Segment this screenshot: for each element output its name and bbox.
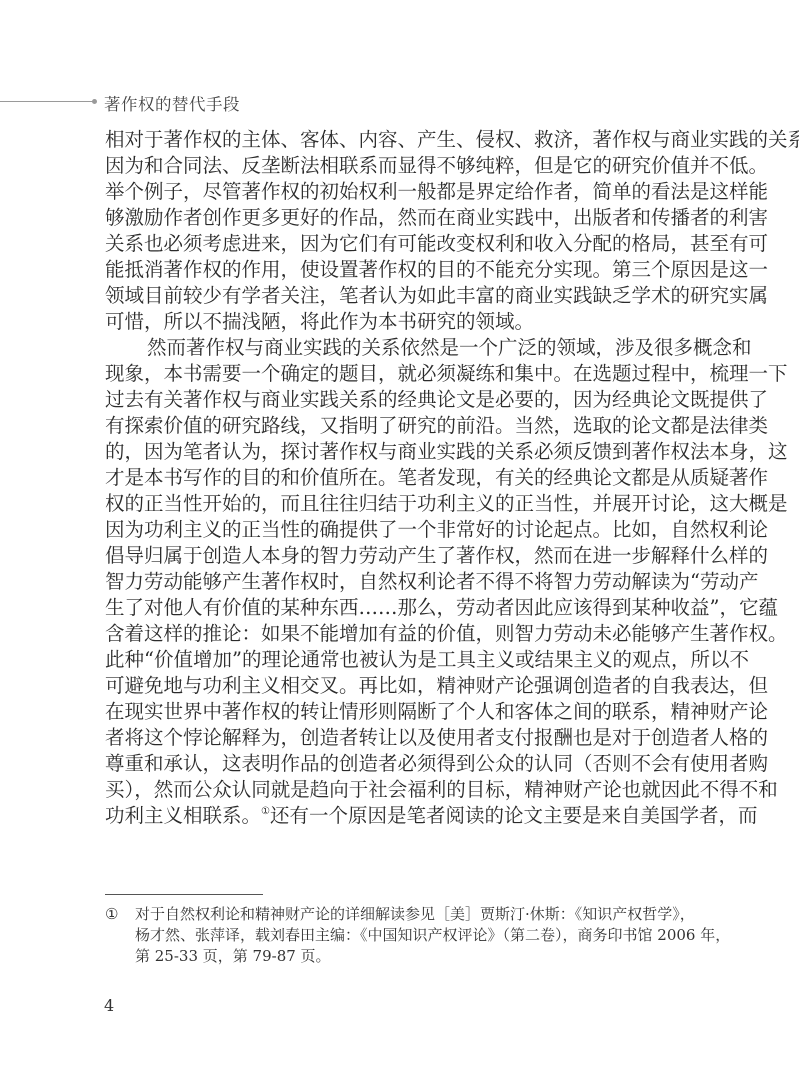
text-line: 含着这样的推论：如果不能增加有益的价值，则智力劳动未必能够产生著作权。 [105,621,677,647]
footnote-item: ① 对于自然权利论和精神财产论的详细解读参见［美］贾斯汀·休斯：《知识产权哲学》… [105,904,677,967]
running-header: 著作权的替代手段 [0,90,400,114]
text-line: 因为和合同法、反垄断法相联系而显得不够纯粹，但是它的研究价值并不低。 [105,153,677,179]
text-line: 领域目前较少有学者关注，笔者认为如此丰富的商业实践缺乏学术的研究实属 [105,283,677,309]
text-line: 者将这个悖论解释为，创造者转让以及使用者支付报酬也是对于创造者人格的 [105,725,677,751]
text-line: 尊重和承认，这表明作品的创造者必须得到公众的认同（否则不会有使用者购 [105,751,677,777]
page-number: 4 [104,996,114,1015]
footnote-line: 对于自然权利论和精神财产论的详细解读参见［美］贾斯汀·休斯：《知识产权哲学》， [135,904,677,925]
text-line: 的，因为笔者认为，探讨著作权与商业实践的关系必须反馈到著作权法本身，这 [105,439,677,465]
footnote-marker: ① [105,904,118,924]
text-line-paragraph-end: 可惜，所以不揣浅陋，将此作为本书研究的领域。 [105,309,677,335]
text-line: 此种“价值增加”的理论通常也被认为是工具主义或结果主义的观点，所以不 [105,647,677,673]
text-line: 智力劳动能够产生著作权时，自然权利论者不得不将智力劳动解读为“劳动产 [105,569,677,595]
text-line-with-footnote-ref: 功利主义相联系。①还有一个原因是笔者阅读的论文主要是来自美国学者，而 [105,803,677,829]
footnote-line: 第 25-33 页，第 79-87 页。 [135,946,677,967]
text-line: 倡导归属于创造人本身的智力劳动产生了著作权，然而在进一步解释什么样的 [105,543,677,569]
text-line: 举个例子，尽管著作权的初始权利一般都是界定给作者，简单的看法是这样能 [105,179,677,205]
body-text: 相对于著作权的主体、客体、内容、产生、侵权、救济，著作权与商业实践的关系 因为和… [105,127,677,829]
text-line: 相对于著作权的主体、客体、内容、产生、侵权、救济，著作权与商业实践的关系 [105,127,677,153]
text-segment: 还有一个原因是笔者阅读的论文主要是来自美国学者，而 [270,804,758,827]
text-line: 够激励作者创作更多更好的作品，然而在商业实践中，出版者和传播者的利害 [105,205,677,231]
text-segment: 功利主义相联系。 [105,804,261,827]
footnote-line: 杨才然、张萍译，载刘春田主编：《中国知识产权评论》（第二卷），商务印书馆 200… [135,925,677,946]
text-line: 过去有关著作权与商业实践关系的经典论文是必要的，因为经典论文既提供了 [105,387,677,413]
footnotes: ① 对于自然权利论和精神财产论的详细解读参见［美］贾斯汀·休斯：《知识产权哲学》… [105,904,677,967]
header-rule [0,101,93,102]
text-line: 权的正当性开始的，而且往往归结于功利主义的正当性，并展开讨论，这大概是 [105,491,677,517]
text-line: 才是本书写作的目的和价值所在。笔者发现，有关的经典论文都是从质疑著作 [105,465,677,491]
text-line: 生了对他人有价值的某种东西……那么，劳动者因此应该得到某种收益”，它蕴 [105,595,677,621]
text-line: 因为功利主义的正当性的确提供了一个非常好的讨论起点。比如，自然权利论 [105,517,677,543]
text-line-paragraph-start: 然而著作权与商业实践的关系依然是一个广泛的领域，涉及很多概念和 [105,335,677,361]
text-line: 关系也必须考虑进来，因为它们有可能改变权利和收入分配的格局，甚至有可 [105,231,677,257]
text-line: 买），然而公众认同就是趋向于社会福利的目标，精神财产论也就因此不得不和 [105,777,677,803]
text-line: 有探索价值的研究路线，又指明了研究的前沿。当然，选取的论文都是法律类 [105,413,677,439]
text-line: 在现实世界中著作权的转让情形则隔断了个人和客体之间的联系，精神财产论 [105,699,677,725]
header-bullet-dot [92,99,97,104]
text-line: 可避免地与功利主义相交叉。再比如，精神财产论强调创造者的自我表达，但 [105,673,677,699]
text-line: 能抵消著作权的作用，使设置著作权的目的不能充分实现。第三个原因是这一 [105,257,677,283]
text-line: 现象，本书需要一个确定的题目，就必须凝练和集中。在选题过程中，梳理一下 [105,361,677,387]
running-title: 著作权的替代手段 [104,91,240,115]
footnote-reference-link[interactable]: ① [261,806,270,817]
footnote-separator [105,894,263,895]
